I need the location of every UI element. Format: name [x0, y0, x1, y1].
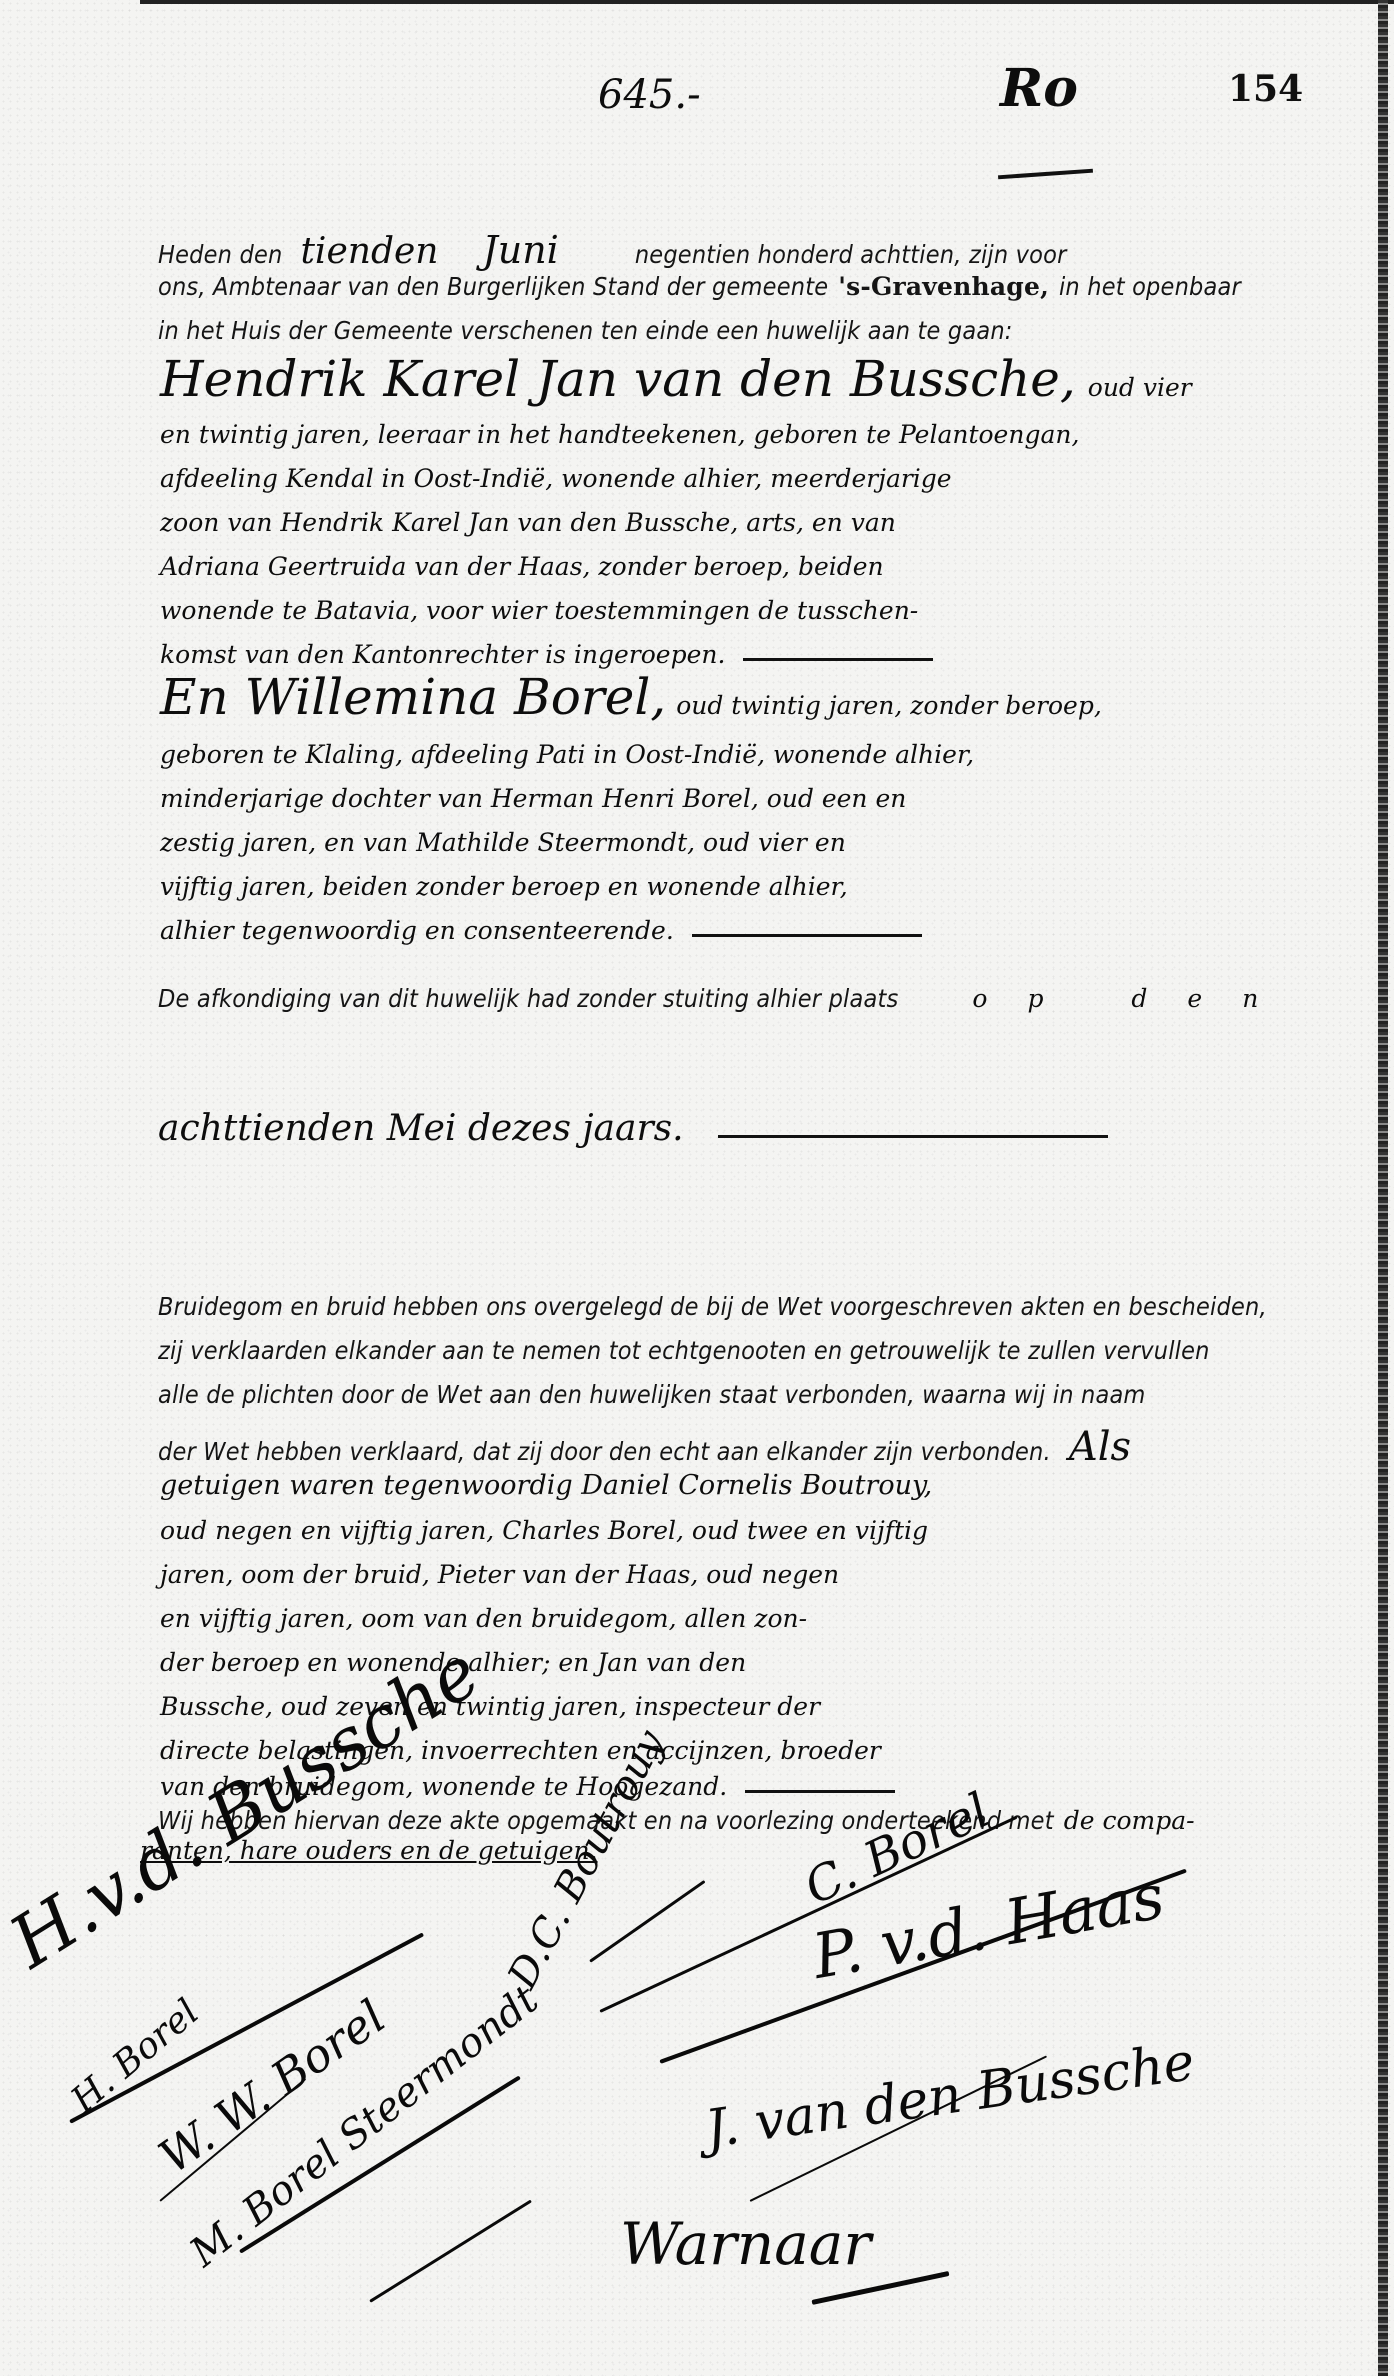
announcement-hand-a: op den — [972, 984, 1298, 1013]
act-number: 645.- — [598, 72, 701, 118]
witness-line-0: Als — [1069, 1424, 1131, 1470]
bride-line-3: zestig jaren, en van Mathilde Steermondt… — [160, 828, 846, 857]
bride-line-0: oud twintig jaren, zonder beroep, — [676, 691, 1102, 720]
fill-rule — [743, 658, 933, 661]
witness-line-4: en vijftig jaren, oom van den bruidegom,… — [160, 1604, 807, 1633]
intro-line-1: Heden den tienden Juni negentien honderd… — [158, 228, 1067, 272]
groom-line-5: wonende te Batavia, voor wier toestemmin… — [160, 596, 918, 625]
announcement-text: De afkondiging van dit huwelijk had zond… — [158, 984, 898, 1013]
marriage-day: tienden — [300, 231, 438, 272]
groom-name-line: Hendrik Karel Jan van den Bussche, oud v… — [160, 350, 1192, 408]
bride-name: En Willemina Borel, — [160, 668, 666, 726]
page-binding-edge — [1378, 0, 1388, 2376]
signature-father-bride: H. Borel — [64, 1992, 207, 2121]
announcement-line: De afkondiging van dit huwelijk had zond… — [158, 984, 1298, 1013]
bride-line-2: minderjarige dochter van Herman Henri Bo… — [160, 784, 906, 813]
bride-line-5-wrap: alhier tegenwoordig en consenteerende. — [160, 916, 922, 945]
fill-rule — [692, 934, 922, 937]
announcement-date: achttienden Mei dezes jaars. — [158, 1108, 684, 1149]
signature-underline — [369, 2200, 532, 2303]
intro-prefix: Heden den — [158, 240, 282, 269]
witness-line-2: oud negen en vijftig jaren, Charles Bore… — [160, 1516, 928, 1545]
declaration-line-2: zij verklaarden elkander aan te nemen to… — [158, 1336, 1210, 1365]
signature-underline — [589, 1880, 705, 1963]
declaration-line-3: alle de plichten door de Wet aan den huw… — [158, 1380, 1146, 1409]
declaration-line-4: der Wet hebben verklaard, dat zij door d… — [158, 1437, 1051, 1466]
intro-line-3: in het Huis der Gemeente verschenen ten … — [158, 316, 1013, 345]
groom-line-6-wrap: komst van den Kantonrechter is ingeroepe… — [160, 640, 933, 669]
marriage-month: Juni — [482, 228, 558, 272]
groom-name: Hendrik Karel Jan van den Bussche, — [160, 350, 1076, 408]
declaration-line-1: Bruidegom en bruid hebben ons overgelegd… — [158, 1292, 1267, 1321]
registrar-text: ons, Ambtenaar van den Burgerlijken Stan… — [158, 272, 828, 301]
city-name: 's-Gravenhage, — [838, 272, 1049, 301]
page-top-edge — [140, 0, 1394, 4]
bride-line-1: geboren te Klaling, afdeeling Pati in Oo… — [160, 740, 974, 769]
witness-line-3: jaren, oom der bruid, Pieter van der Haa… — [160, 1560, 839, 1589]
groom-line-3: zoon van Hendrik Karel Jan van den Bussc… — [160, 508, 896, 537]
groom-line-6: komst van den Kantonrechter is ingeroepe… — [160, 640, 725, 669]
margin-initial: Ro — [1000, 58, 1078, 119]
groom-line-0: oud vier — [1088, 373, 1192, 402]
initial-underline — [998, 169, 1093, 180]
intro-line-2-end: in het openbaar — [1059, 272, 1241, 301]
signature-underline — [659, 1869, 1187, 2064]
fill-rule — [718, 1135, 1108, 1138]
closing-hand-a: de compa- — [1064, 1806, 1195, 1835]
bride-line-4: vijftig jaren, beiden zonder beroep en w… — [160, 872, 848, 901]
intro-year-text: negentien honderd achttien, zijn voor — [635, 240, 1067, 269]
intro-line-2: ons, Ambtenaar van den Burgerlijken Stan… — [158, 272, 1241, 301]
signature-jan-bussche: J. van den Bussche — [702, 2032, 1198, 2160]
bride-name-line: En Willemina Borel, oud twintig jaren, z… — [160, 668, 1102, 726]
signature-registrar: Warnaar — [620, 2210, 871, 2278]
bride-line-5: alhier tegenwoordig en consenteerende. — [160, 916, 674, 945]
groom-line-1: en twintig jaren, leeraar in het handtee… — [160, 420, 1079, 449]
witness-line-1: getuigen waren tegenwoordig Daniel Corne… — [160, 1470, 932, 1501]
declaration-line-4-wrap: der Wet hebben verklaard, dat zij door d… — [158, 1424, 1131, 1470]
page-number: 154 — [1228, 68, 1303, 110]
fill-rule — [745, 1790, 895, 1793]
announcement-date-line: achttienden Mei dezes jaars. — [158, 1108, 1108, 1149]
groom-line-2: afdeeling Kendal in Oost-Indië, wonende … — [160, 464, 952, 493]
groom-line-4: Adriana Geertruida van der Haas, zonder … — [160, 552, 884, 581]
